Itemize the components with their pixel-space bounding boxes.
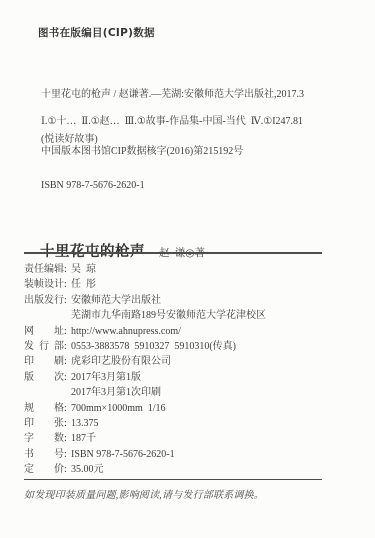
colophon-row-isbn: 书号:ISBN 978-7-5676-2620-1: [24, 447, 354, 462]
colophon-row-format: 规格:700mm×1000mm 1/16: [24, 401, 354, 416]
colophon-label: 责任编辑: [24, 262, 64, 277]
colophon-label: 字数: [24, 431, 64, 446]
colophon-continuation: 2017年3月第1次印刷: [71, 387, 161, 398]
colophon-label: 规格: [24, 401, 64, 416]
colophon-label: 装帧设计: [24, 277, 64, 292]
colophon-value: 187千: [71, 433, 96, 444]
label-separator: :: [64, 370, 71, 385]
colophon-row-address: 芜湖市九华南路189号安徽师范大学花津校区: [24, 308, 354, 323]
label-separator: :: [64, 293, 71, 308]
colophon-value: 虎彩印艺股份有限公司: [71, 356, 171, 367]
colophon-row-printer: 印刷:虎彩印艺股份有限公司: [24, 354, 354, 369]
colophon-row-wordcount: 字数:187千: [24, 431, 354, 446]
label-separator: :: [64, 324, 71, 339]
colophon-label: 书号: [24, 447, 64, 462]
copyright-page: 图书在版编目(CIP)数据 十里花屯的枪声 / 赵谦著.—芜湖:安徽师范大学出版…: [0, 0, 375, 538]
colophon-list: 责任编辑:吴 琼 装帧设计:任 彤 出版发行:安徽师范大学出版社 芜湖市九华南路…: [24, 262, 354, 477]
label-separator: :: [64, 277, 71, 292]
cip-body: 十里花屯的枪声 / 赵谦著.—芜湖:安徽师范大学出版社,2017.3 (悦读好故…: [41, 56, 304, 224]
colophon-value: 吴 琼: [71, 264, 96, 275]
colophon-label: 印张: [24, 416, 64, 431]
colophon-row-website: 网址:http://www.ahnupress.com/: [24, 324, 354, 339]
colophon-value: 35.00元: [71, 464, 104, 475]
colophon-value: ISBN 978-7-5676-2620-1: [71, 449, 175, 460]
colophon-value: 安徽师范大学出版社: [71, 295, 161, 306]
cip-isbn-line: ISBN 978-7-5676-2620-1: [41, 178, 304, 193]
colophon-value: 0553-3883578 5910327 5910310(传真): [71, 341, 236, 352]
book-author: 赵 谦◎著: [159, 248, 205, 259]
colophon-row-edition: 版次:2017年3月第1版: [24, 370, 354, 385]
colophon-row-publisher: 出版发行:安徽师范大学出版社: [24, 293, 354, 308]
colophon-label: 印刷: [24, 354, 64, 369]
colophon-row-price: 定价:35.00元: [24, 462, 354, 477]
cip-description-line: 十里花屯的枪声 / 赵谦著.—芜湖:安徽师范大学出版社,2017.3: [41, 87, 304, 102]
colophon-value: 700mm×1000mm 1/16: [71, 403, 166, 414]
cip-classification-line: Ⅰ.①十… Ⅱ.①赵… Ⅲ.①故事-作品集-中国-当代 Ⅳ.①I247.81: [41, 112, 303, 127]
colophon-label: 发行部: [24, 339, 64, 354]
colophon-label: 定价: [24, 462, 64, 477]
colophon-row-editor: 责任编辑:吴 琼: [24, 262, 354, 277]
footer-note: 如发现印装质量问题,影响阅读,请与发行部联系调换。: [24, 486, 264, 501]
colophon-row-distribution: 发行部:0553-3883578 5910327 5910310(传真): [24, 339, 354, 354]
label-separator: :: [64, 431, 71, 446]
colophon-continuation: 芜湖市九华南路189号安徽师范大学花津校区: [71, 310, 266, 321]
label-separator: :: [64, 416, 71, 431]
cip-record-number: 中国版本图书馆CIP数据核字(2016)第215192号: [41, 142, 243, 157]
colophon-row-printing: 2017年3月第1次印刷: [24, 385, 354, 400]
colophon-label: 版次: [24, 370, 64, 385]
colophon-row-designer: 装帧设计:任 彤: [24, 277, 354, 292]
label-separator: :: [64, 262, 71, 277]
label-separator: :: [64, 462, 71, 477]
footer-divider: [24, 479, 322, 480]
colophon-value: http://www.ahnupress.com/: [71, 326, 181, 337]
title-divider: [24, 252, 322, 254]
colophon-value: 13.375: [71, 418, 99, 429]
colophon-value: 2017年3月第1版: [71, 372, 141, 383]
colophon-label: 出版发行: [24, 293, 64, 308]
colophon-value: 任 彤: [71, 279, 96, 290]
label-separator: :: [64, 339, 71, 354]
label-separator: :: [64, 447, 71, 462]
label-separator: :: [64, 401, 71, 416]
colophon-row-sheets: 印张:13.375: [24, 416, 354, 431]
colophon-label: 网址: [24, 324, 64, 339]
label-separator: :: [64, 354, 71, 369]
cip-header: 图书在版编目(CIP)数据: [38, 25, 155, 40]
